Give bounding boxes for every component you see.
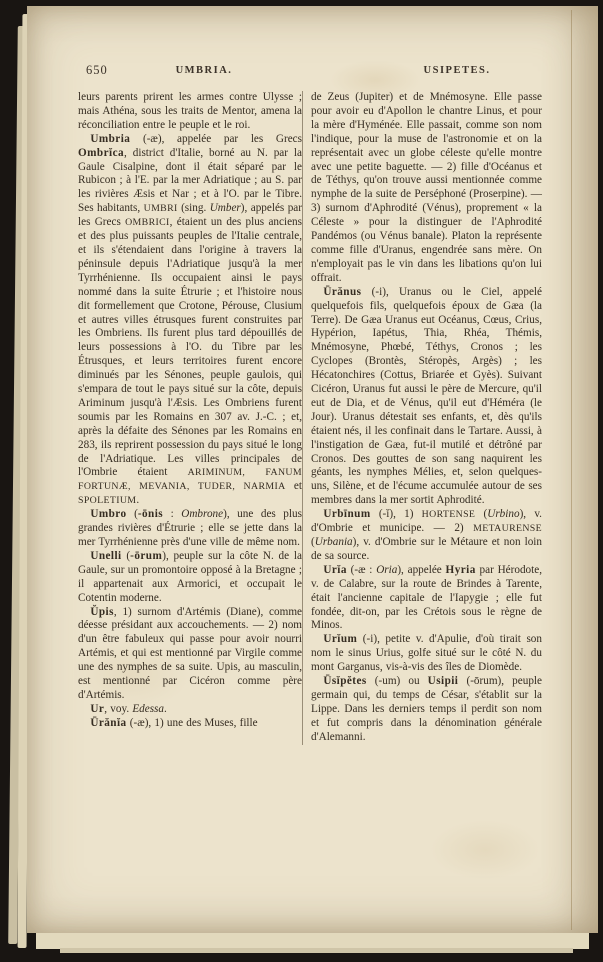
entry-text: (-i), Uranus ou le Ciel, appelé quelquef… xyxy=(311,286,542,507)
entry-headword: Ūrănus xyxy=(323,286,361,298)
entry-text: . xyxy=(136,494,139,506)
two-column-text-block: leurs parents prirent les armes contre U… xyxy=(78,91,542,745)
page-fore-edge xyxy=(36,932,589,949)
entry-text: Urbino xyxy=(487,508,519,520)
dictionary-entry-paragraph: Urĭum (-i), petite v. d'Apulie, d'où tir… xyxy=(311,633,542,675)
entry-text: , 1) surnom d'Artémis (Diane), comme dée… xyxy=(78,606,302,701)
dictionary-entry-paragraph: Ūsĭpĕtes (-um) ou Usipii (-ōrum), peuple… xyxy=(311,675,542,745)
entry-text: Umber xyxy=(210,202,241,214)
dictionary-entry-paragraph: Unelli (-ōrum), peuple sur la côte N. de… xyxy=(78,550,302,606)
running-head-right: USIPETES. xyxy=(424,65,491,76)
page-number: 650 xyxy=(86,63,108,78)
entry-text: ( xyxy=(127,508,138,520)
entry-text: (-æ), appelée par les Grecs xyxy=(130,133,302,145)
entry-headword: Urĭum xyxy=(323,633,357,645)
dictionary-entry-paragraph: Urĭa (-æ : Oria), appelée Hyria par Héro… xyxy=(311,564,542,634)
dictionary-entry-paragraph: Umbro (-ōnis : Ombrone), une des plus gr… xyxy=(78,508,302,550)
scanned-book-photo: { "page": { "number": "650", "running_he… xyxy=(0,0,603,962)
entry-text: ( xyxy=(122,550,131,562)
left-column: leurs parents prirent les armes contre U… xyxy=(78,91,302,745)
entry-text: ( xyxy=(475,508,487,520)
entry-text: Oria xyxy=(376,564,397,576)
dictionary-entry-paragraph: Umbria (-æ), appelée par les Grecs Ombrĭ… xyxy=(78,133,302,508)
entry-text: Ombrone xyxy=(181,508,223,520)
entry-headword: Umbro xyxy=(90,508,126,520)
dictionary-entry-paragraph: de Zeus (Jupiter) et de Mnémosyne. Elle … xyxy=(311,91,542,286)
dictionary-entry-paragraph: leurs parents prirent les armes contre U… xyxy=(78,91,302,133)
gutter-crease xyxy=(571,10,572,930)
entry-text: . xyxy=(164,703,167,715)
entry-text: OMBRICI xyxy=(125,217,170,228)
entry-headword: Ur xyxy=(90,703,104,715)
entry-headword: Hyria xyxy=(446,564,476,576)
entry-headword: Ŭpis xyxy=(90,606,114,618)
dictionary-entry-paragraph: Ŭpis, 1) surnom d'Artémis (Diane), comme… xyxy=(78,606,302,703)
page-fore-edge xyxy=(60,948,573,953)
entry-headword: Umbria xyxy=(90,133,130,145)
entry-text: HORTENSE xyxy=(422,509,476,520)
entry-text: Edessa xyxy=(132,703,164,715)
entry-text: , étaient un des plus anciens et des plu… xyxy=(78,216,302,478)
entry-text: ), appelée xyxy=(397,564,445,576)
entry-text: UMBRI xyxy=(144,203,178,214)
dictionary-entry-paragraph: Ūrănĭa (-æ), 1) une des Muses, fille xyxy=(78,717,302,731)
entry-text: (-æ : xyxy=(347,564,376,576)
entry-text: de Zeus (Jupiter) et de Mnémosyne. Elle … xyxy=(311,91,542,284)
dictionary-entry-paragraph: Ūrănus (-i), Uranus ou le Ciel, appelé q… xyxy=(311,286,542,509)
entry-headword: Ombrĭca xyxy=(78,147,124,159)
entry-headword: Urĭa xyxy=(323,564,347,576)
entry-headword: Ūsĭpĕtes xyxy=(323,675,366,687)
entry-text: (-um) ou xyxy=(367,675,428,687)
entry-text: , voy. xyxy=(104,703,132,715)
dictionary-entry-paragraph: Urbīnum (-ĭ), 1) HORTENSE (Urbino), v. d… xyxy=(311,508,542,564)
entry-text: SPOLETIUM xyxy=(78,495,136,506)
running-head-left: UMBRIA. xyxy=(176,65,233,76)
entry-headword: Ūrănĭa xyxy=(90,717,126,729)
right-column: de Zeus (Jupiter) et de Mnémosyne. Elle … xyxy=(303,91,542,745)
entry-headword: -ōrum xyxy=(130,550,162,562)
entry-headword: Unelli xyxy=(90,550,121,562)
entry-text: (-æ), 1) une des Muses, fille xyxy=(127,717,258,729)
entry-text: : xyxy=(163,508,181,520)
entry-text: et xyxy=(286,480,302,492)
entry-text: METAURENSE xyxy=(473,523,542,534)
entry-text: (sing. xyxy=(178,202,210,214)
entry-headword: -ōnis xyxy=(138,508,163,520)
entry-text: leurs parents prirent les armes contre U… xyxy=(78,91,302,131)
dictionary-entry-paragraph: Ur, voy. Edessa. xyxy=(78,703,302,717)
entry-headword: Urbīnum xyxy=(323,508,370,520)
entry-text: (-ĭ), 1) xyxy=(371,508,422,520)
entry-text: Urbania xyxy=(315,536,353,548)
entry-headword: Usipii xyxy=(428,675,459,687)
